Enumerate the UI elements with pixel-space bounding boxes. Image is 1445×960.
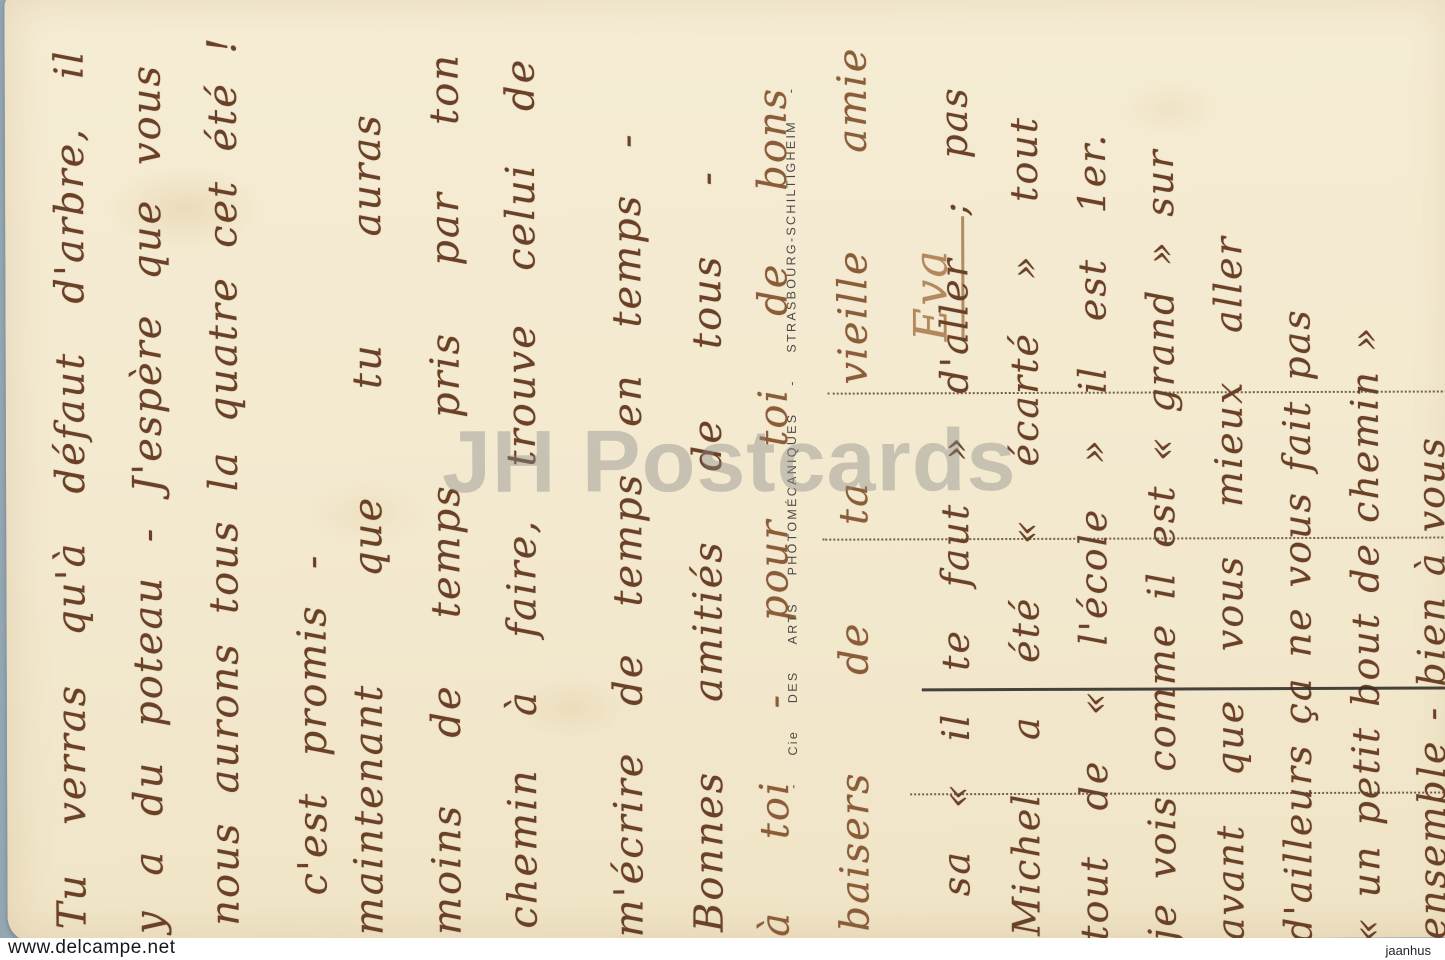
handwriting-line: maintenant que tu auras [347,113,390,935]
handwriting-line: « un petit bout de chemin » [1346,375,1386,942]
handwriting-line: avant que vous mieux aller [1209,235,1249,940]
handwriting-line: je vois comme il est « grand » sur [1141,148,1182,940]
handwriting-line: nous aurons tous la quatre cet été ! [202,36,245,926]
handwriting-line: c'est promis - [292,553,333,895]
handwriting-line: d'ailleurs ça ne vous fait pas [1277,320,1317,942]
handwriting-line: y a du poteau - J'espère que vous [127,64,170,934]
delcampe-watermark: www.delcampe.net [8,937,175,959]
jh-postcards-watermark: JH Postcards [442,409,1017,513]
jaanhus-watermark: jaanhus [1385,943,1431,958]
handwriting-line: m'écrire de temps en temps - [607,132,650,937]
handwriting-line: ensemble - bien à vous [1412,454,1445,939]
postcard-paper: Tu verras qu'à défaut d'arbre, ily a du … [4,0,1445,943]
handwriting-line: Michel a été « écarté » tout [1005,116,1046,936]
handwriting-line: Tu verras qu'à défaut d'arbre, il [50,49,93,929]
handwriting-line: Bonnes amitiés de tous - [687,170,730,932]
scan-bottom-strip: www.delcampe.net jaanhus [0,938,1445,960]
